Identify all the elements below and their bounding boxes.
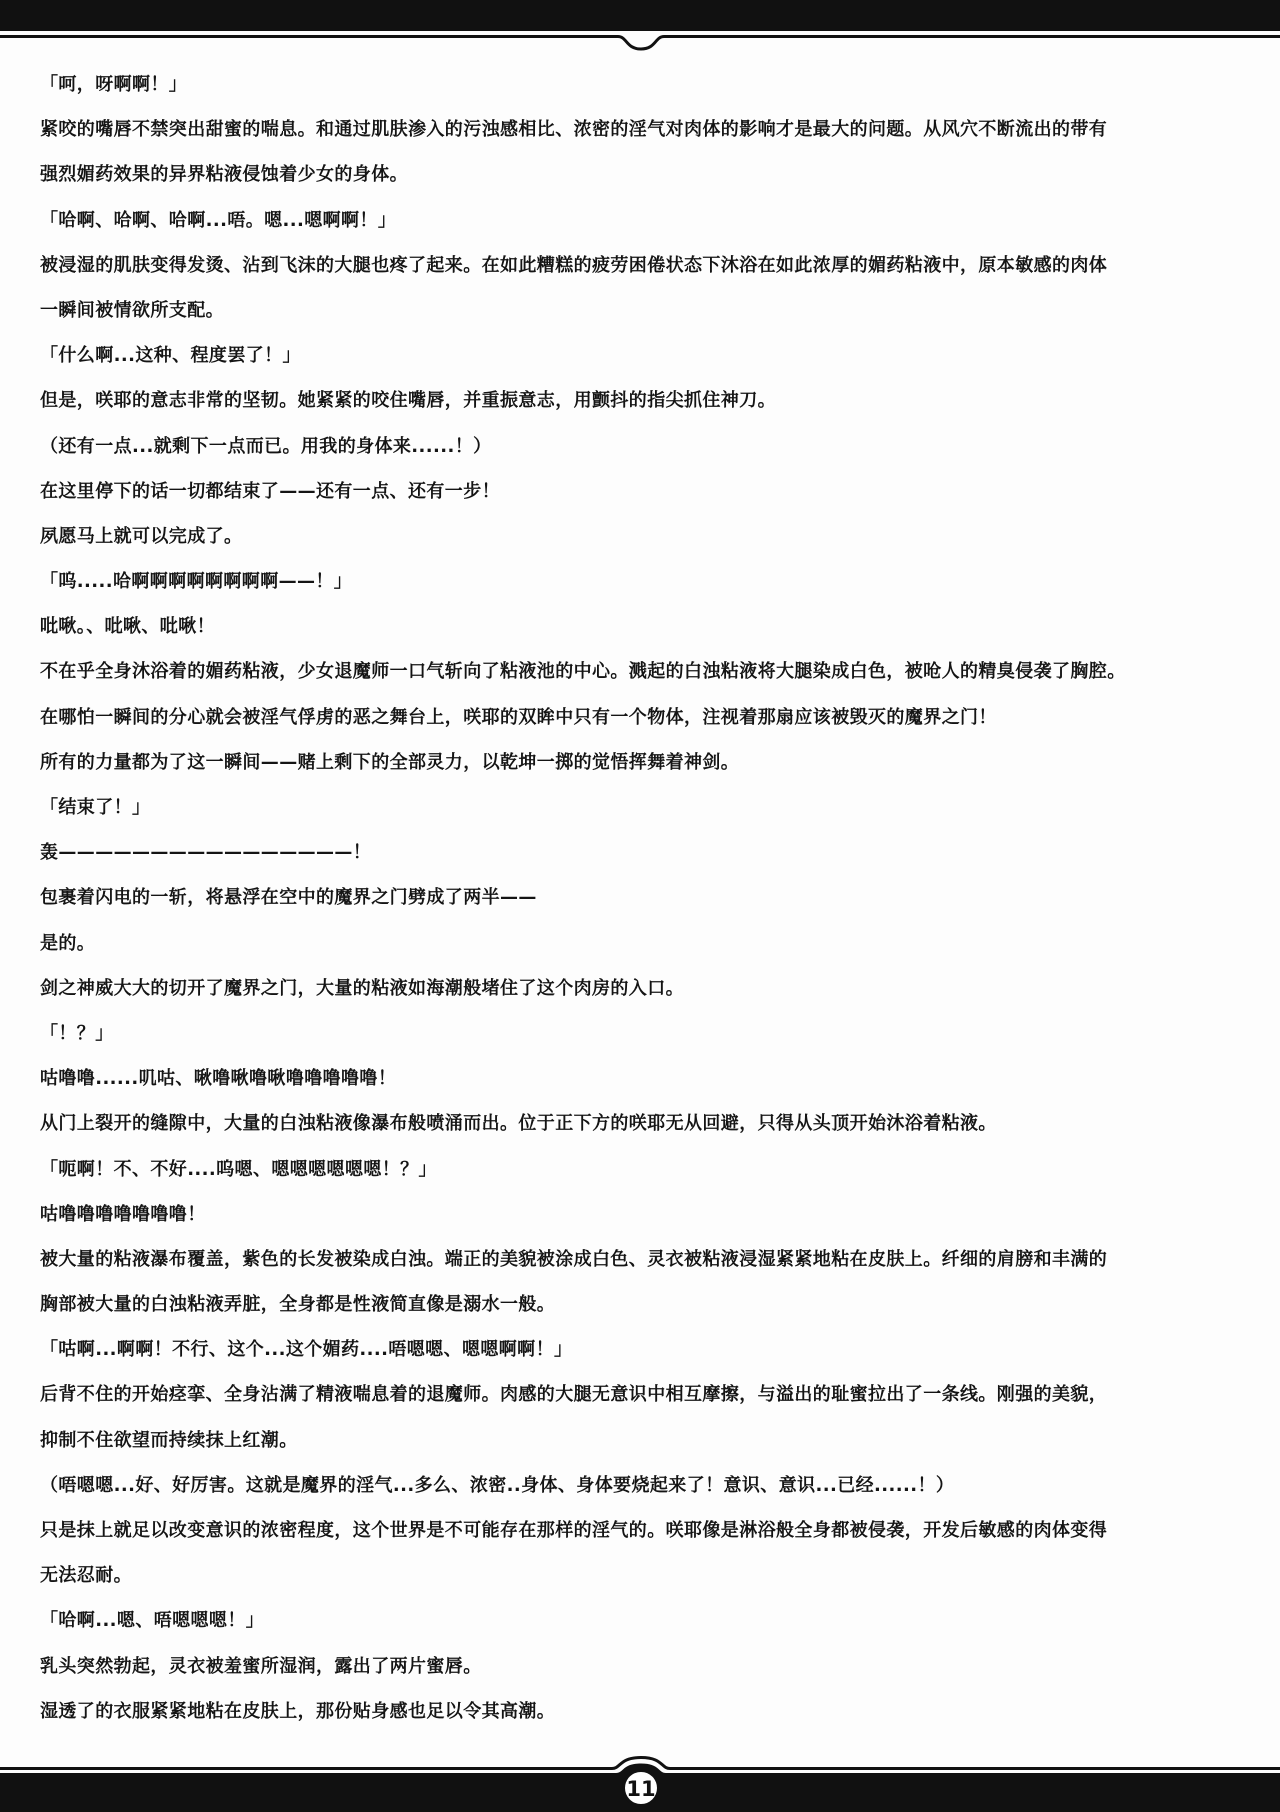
text-line: 在哪怕一瞬间的分心就会被淫气俘虏的恶之舞台上，咲耶的双眸中只有一个物体，注视着那… <box>40 695 1252 740</box>
text-line: 但是，咲耶的意志非常的坚韧。她紧紧的咬住嘴唇，并重振意志，用颤抖的指尖抓住神刀。 <box>40 378 1252 423</box>
top-border <box>0 0 1280 56</box>
text-line: 「呵，呀啊啊！」 <box>40 62 1252 107</box>
text-line: 不在乎全身沐浴着的媚药粘液，少女退魔师一口气斩向了粘液池的中心。溅起的白浊粘液将… <box>40 649 1252 694</box>
text-line: （还有一点...就剩下一点而已。用我的身体来......！） <box>40 424 1252 469</box>
text-line: 咕噜噜......叽咕、啾噜啾噜啾噜噜噜噜噜！ <box>40 1056 1252 1101</box>
text-line: 是的。 <box>40 921 1252 966</box>
text-line: 咕噜噜噜噜噜噜噜！ <box>40 1192 1252 1237</box>
text-line: 胸部被大量的白浊粘液弄脏，全身都是性液简直像是溺水一般。 <box>40 1282 1252 1327</box>
text-line: 「！？」 <box>40 1011 1252 1056</box>
text-line: 抑制不住欲望而持续抹上红潮。 <box>40 1418 1252 1463</box>
text-line: 吡啾。、吡啾、吡啾！ <box>40 604 1252 649</box>
text-line: 夙愿马上就可以完成了。 <box>40 514 1252 559</box>
text-line: 「咕啊...啊啊！不行、这个...这个媚药....唔嗯嗯、嗯嗯啊啊！」 <box>40 1327 1252 1372</box>
text-line: 「呃啊！不、不好....呜嗯、嗯嗯嗯嗯嗯嗯！？」 <box>40 1147 1252 1192</box>
text-line: 「什么啊...这种、程度罢了！」 <box>40 333 1252 378</box>
text-line: 强烈媚药效果的异界粘液侵蚀着少女的身体。 <box>40 152 1252 197</box>
text-line: 从门上裂开的缝隙中，大量的白浊粘液像瀑布般喷涌而出。位于正下方的咲耶无从回避，只… <box>40 1101 1252 1146</box>
bottom-border-ornament: 11 <box>0 1752 1280 1812</box>
text-line: 轰————————————————！ <box>40 830 1252 875</box>
text-line: 无法忍耐。 <box>40 1553 1252 1598</box>
bottom-border: 11 <box>0 1752 1280 1812</box>
text-line: 「呜.....哈啊啊啊啊啊啊啊啊——！」 <box>40 559 1252 604</box>
text-line: 只是抹上就足以改变意识的浓密程度，这个世界是不可能存在那样的淫气的。咲耶像是淋浴… <box>40 1508 1252 1553</box>
text-line: 「结束了！」 <box>40 785 1252 830</box>
text-line: 所有的力量都为了这一瞬间——赌上剩下的全部灵力，以乾坤一掷的觉悟挥舞着神剑。 <box>40 740 1252 785</box>
text-line: 紧咬的嘴唇不禁突出甜蜜的喘息。和通过肌肤渗入的污浊感相比、浓密的淫气对肉体的影响… <box>40 107 1252 152</box>
text-line: 一瞬间被情欲所支配。 <box>40 288 1252 333</box>
text-line: 乳头突然勃起，灵衣被羞蜜所湿润，露出了两片蜜唇。 <box>40 1644 1252 1689</box>
text-line: 湿透了的衣服紧紧地粘在皮肤上，那份贴身感也足以令其高潮。 <box>40 1689 1252 1734</box>
page-text: 「呵，呀啊啊！」紧咬的嘴唇不禁突出甜蜜的喘息。和通过肌肤渗入的污浊感相比、浓密的… <box>40 62 1252 1734</box>
text-line: 被大量的粘液瀑布覆盖，紫色的长发被染成白浊。端正的美貌被涂成白色、灵衣被粘液浸湿… <box>40 1237 1252 1282</box>
text-line: 剑之神威大大的切开了魔界之门，大量的粘液如海潮般堵住了这个肉房的入口。 <box>40 966 1252 1011</box>
text-line: 「哈啊、哈啊、哈啊...唔。嗯...嗯啊啊！」 <box>40 198 1252 243</box>
text-line: 被浸湿的肌肤变得发烫、沾到飞沫的大腿也疼了起来。在如此糟糕的疲劳困倦状态下沐浴在… <box>40 243 1252 288</box>
text-line: 「哈啊...嗯、唔嗯嗯嗯！」 <box>40 1598 1252 1643</box>
text-line: （唔嗯嗯...好、好厉害。这就是魔界的淫气...多么、浓密..身体、身体要烧起来… <box>40 1463 1252 1508</box>
page-number: 11 <box>626 1777 655 1801</box>
top-border-ornament <box>0 0 1280 56</box>
text-line: 包裹着闪电的一斩，将悬浮在空中的魔界之门劈成了两半—— <box>40 875 1252 920</box>
text-line: 后背不住的开始痉挛、全身沾满了精液喘息着的退魔师。肉感的大腿无意识中相互摩擦，与… <box>40 1372 1252 1417</box>
text-line: 在这里停下的话一切都结束了——还有一点、还有一步！ <box>40 469 1252 514</box>
